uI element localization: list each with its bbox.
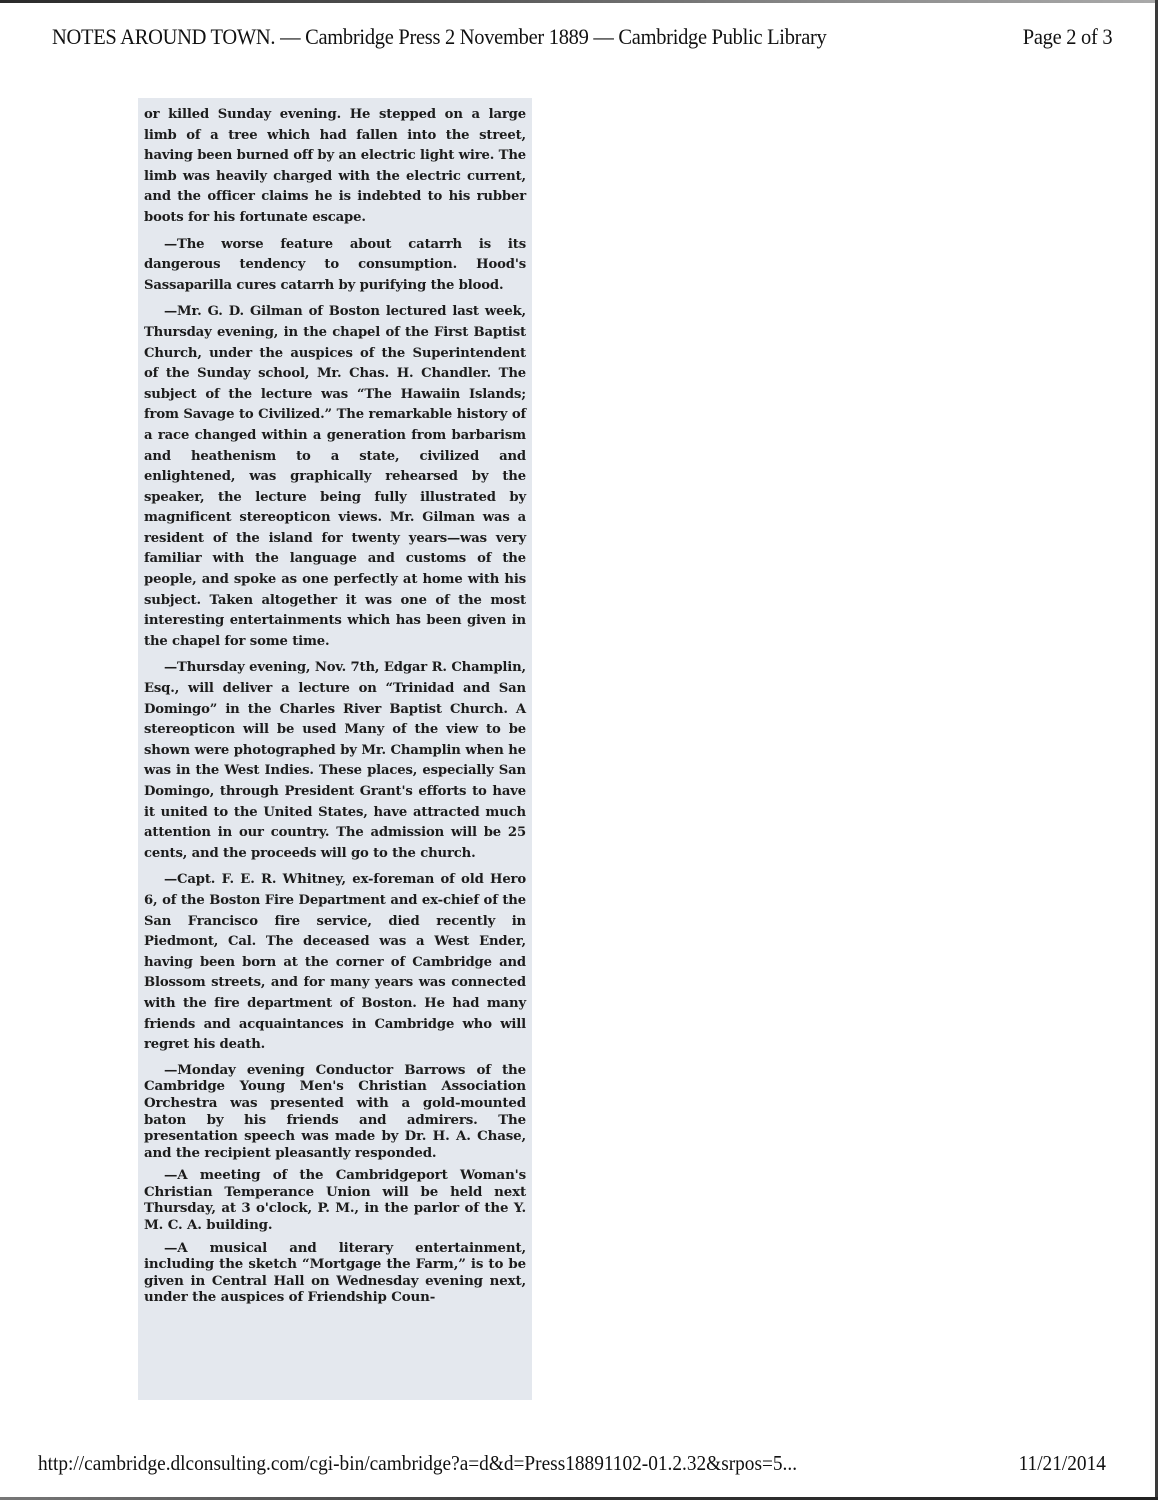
- article-paragraph-barrows-baton: —Monday evening Conductor Barrows of the…: [144, 1062, 526, 1162]
- source-url: http://cambridge.dlconsulting.com/cgi-bi…: [38, 1451, 797, 1476]
- article-paragraph-wctu-meeting: —A meeting of the Cambridgeport Woman's …: [144, 1167, 526, 1233]
- newspaper-clipping: or killed Sunday evening. He stepped on …: [138, 98, 532, 1400]
- print-header: NOTES AROUND TOWN. — Cambridge Press 2 N…: [52, 24, 1112, 50]
- page-indicator: Page 2 of 3: [1022, 24, 1112, 50]
- print-date: 11/21/2014: [1019, 1451, 1106, 1476]
- article-paragraph-continuation: or killed Sunday evening. He stepped on …: [144, 105, 526, 229]
- article-paragraph-whitney-obituary: —Capt. F. E. R. Whitney, ex-foreman of o…: [144, 870, 526, 1055]
- article-paragraph-musical-entertainment: —A musical and literary entertainment, i…: [144, 1240, 526, 1306]
- document-title: NOTES AROUND TOWN. — Cambridge Press 2 N…: [52, 24, 826, 50]
- clipping-text-column: or killed Sunday evening. He stepped on …: [138, 98, 532, 1306]
- article-paragraph-gilman-lecture: —Mr. G. D. Gilman of Boston lectured las…: [144, 302, 526, 652]
- article-paragraph-catarrh: —The worse feature about catarrh is its …: [144, 235, 526, 297]
- scan-edge-top: [0, 0, 1158, 3]
- print-footer: http://cambridge.dlconsulting.com/cgi-bi…: [38, 1451, 1106, 1476]
- article-paragraph-champlin-lecture: —Thursday evening, Nov. 7th, Edgar R. Ch…: [144, 658, 526, 864]
